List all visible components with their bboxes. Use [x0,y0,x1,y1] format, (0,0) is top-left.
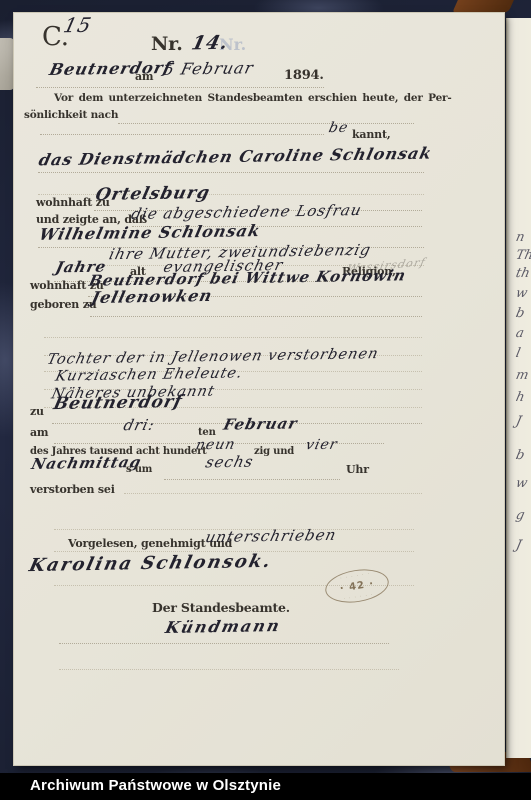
form-rule [124,493,422,494]
death-time-uhr-label: Uhr [346,463,369,476]
intro-line-1: Vor dem unterzeichneten Standesbeamten e… [54,92,452,104]
bleedthrough-ghost: Nr. [219,35,246,54]
death-place-value: Beutnerdorf [51,392,184,414]
registrar-signature: Kündmann [164,616,283,637]
parents-line-1: Tochter der in Jellenowen verstorbenen [45,346,380,368]
declarant-name: das Dienstmädchen Caroline Schlonsak [37,144,434,170]
form-rule [38,172,424,173]
form-rule [36,87,324,88]
birthplace-value: Jellenowken [90,286,215,307]
cover-corner-fold [0,38,14,90]
form-rule [59,669,399,670]
death-time-hour-value: sechs [204,453,256,472]
death-place-label: zu [30,405,44,418]
handwriting-fragment: Th [514,248,531,263]
handwriting-fragment: w [514,286,528,301]
registrar-title: Der Standesbeamte. [152,600,290,615]
death-date-am-label: am [30,426,48,439]
parents-line-2: Kurziaschen Eheleute. [54,365,245,384]
archive-stamp-icon: · · · · · · · 42 · · · · · · · [323,565,391,607]
binding-patch-top [452,0,514,13]
intro-line-2: sönlichkeit nach [24,109,118,121]
handwriting-fragment: g [514,508,526,523]
corner-annotation: 15 [61,13,94,37]
dateline-place: Beutnerdorf [48,58,174,79]
form-rule [90,316,422,317]
record-number-label: Nr. [151,33,183,55]
handwriting-fragment: J [514,414,522,429]
deceased-name: Wilhelmine Schlonsak [37,221,262,244]
handwriting-fragment: b [514,306,526,321]
handwriting-fragment: h [514,390,526,405]
death-time-um-label: s um [126,464,152,475]
handwriting-fragment: m [514,368,530,383]
archive-caption: Archiwum Państwowe w Olsztynie [30,777,281,794]
dateline-date: 5 Februar [162,58,256,79]
declarant-signature: Karolina Schlonsok. [27,551,274,576]
handwriting-fragment: l [514,346,521,361]
form-rule [59,643,389,644]
residence1-value: Ortelsburg [93,183,212,205]
handwriting-fragment: J [514,538,522,553]
report-value: die abgeschiedene Losfrau [129,201,363,223]
archive-caption-bar: Archiwum Państwowe w Olsztynie [0,773,531,800]
birthplace-label: geboren zu [30,298,97,311]
death-date-day-value: dri: [122,416,157,435]
book-scan-scene: n Th th w b a l m h J b w g J C. 15 Nr. … [0,0,531,800]
death-year-print2: zig und [254,446,294,457]
dateline-year: 1894. [284,68,324,83]
form-rule [40,134,324,135]
dateline-am-label: am [135,70,153,83]
handwriting-fragment: n [514,230,526,245]
handwriting-fragment: b [514,448,526,463]
handwriting-fragment: w [514,476,528,491]
adjacent-page-edge: n Th th w b a l m h J b w g J [506,18,531,758]
death-date-month-value: Februar [222,414,300,433]
known-print: kannt, [352,128,390,141]
approval-hand: unterschrieben [204,526,339,546]
death-year-hand1: neun [194,437,237,454]
handwriting-fragment: th [514,266,531,281]
form-rule [44,337,422,338]
form-rule [164,479,340,480]
death-year-hand2: vier [304,437,339,454]
handwriting-fragment: a [514,326,525,341]
document-page: C. 15 Nr. 14. Nr. Beutnerdorf am 5 Febru… [14,13,504,765]
known-hand-prefix: be [327,120,350,136]
closing-line: verstorben sei [30,483,115,496]
form-rule [118,123,414,124]
